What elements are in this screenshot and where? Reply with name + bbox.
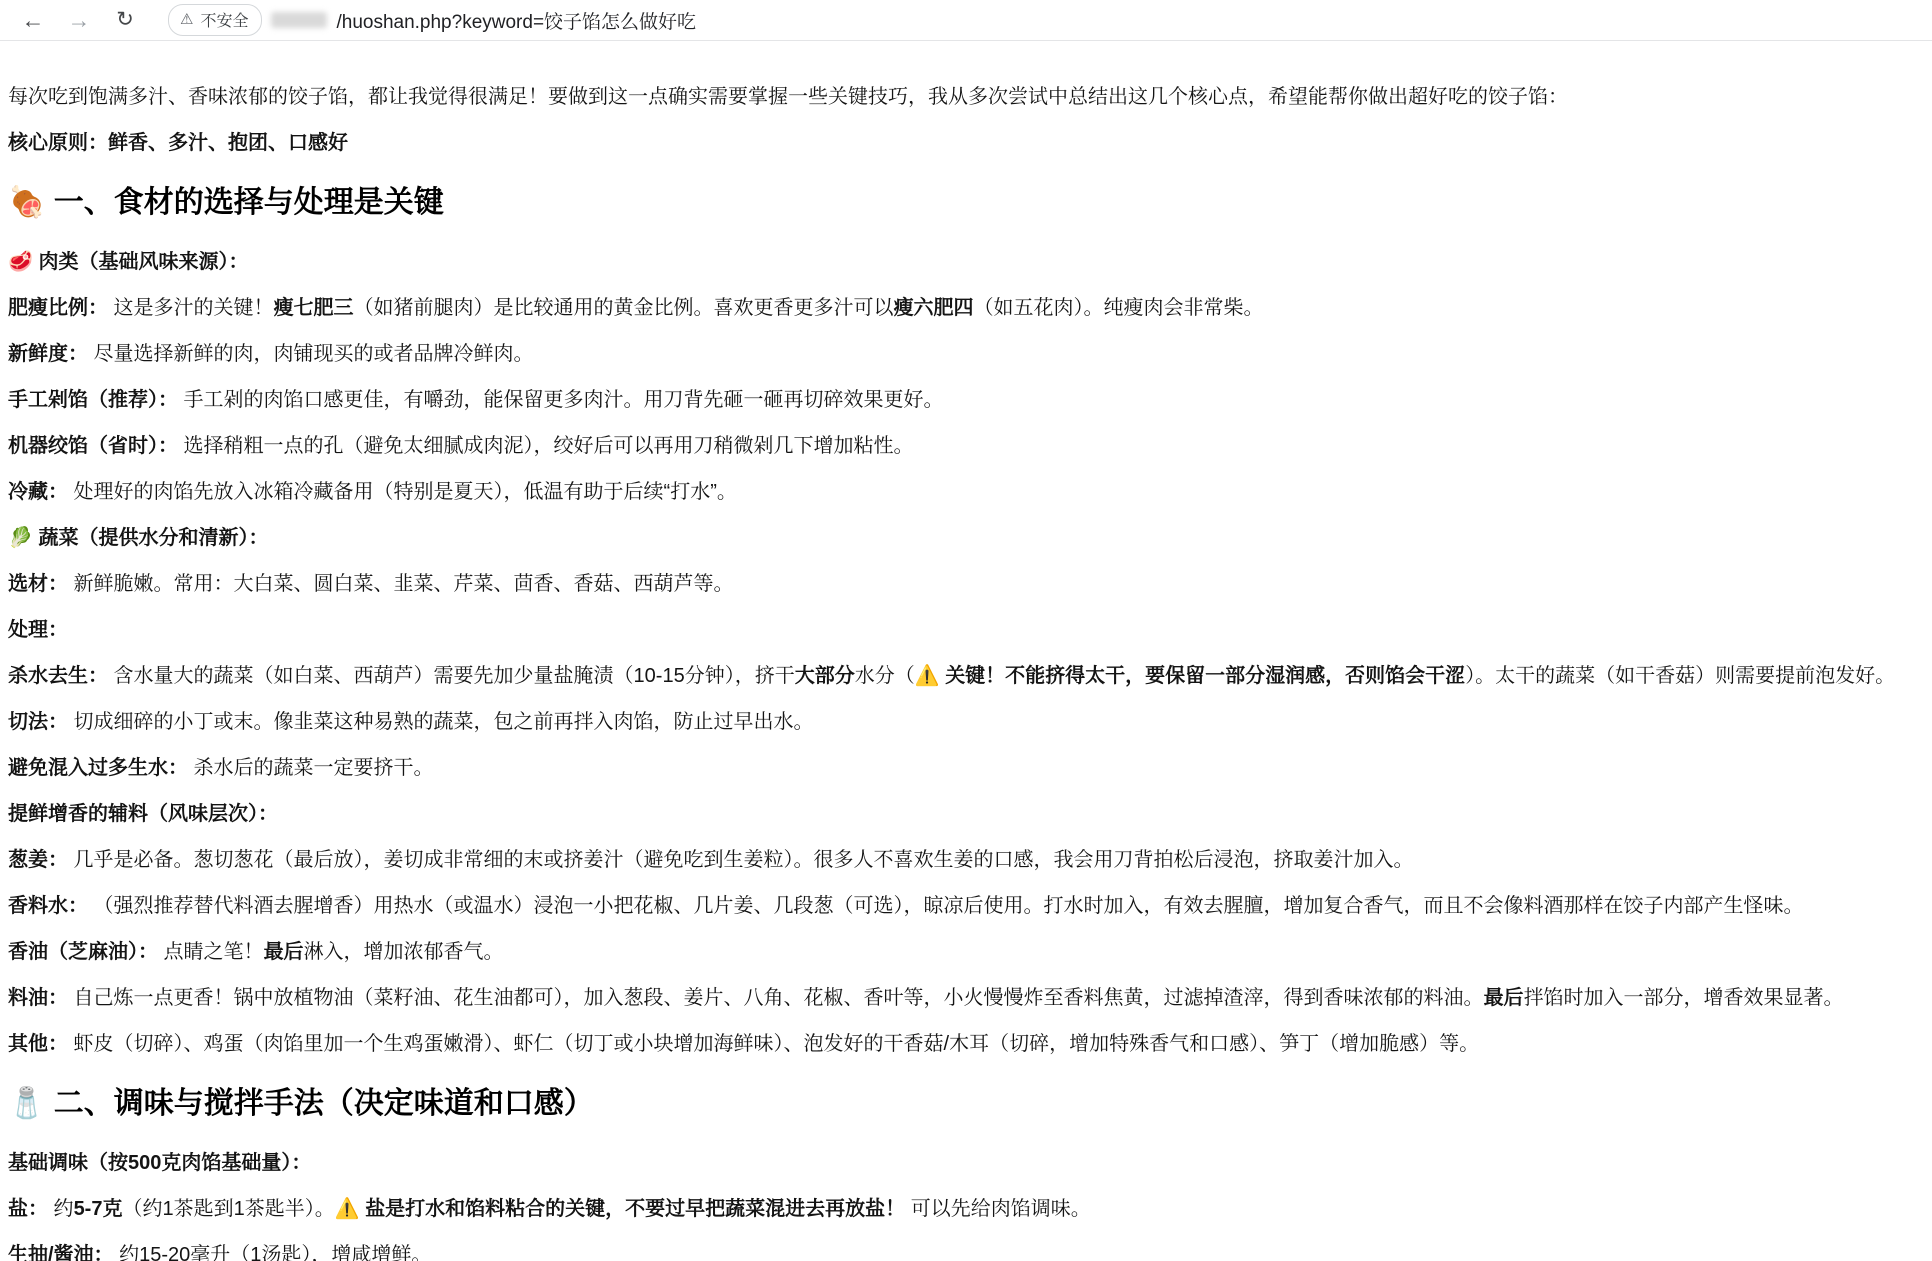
paragraph: 每次吃到饱满多汁、香味浓郁的饺子馅，都让我觉得很满足！要做到这一点确实需要掌握一…	[8, 83, 1924, 111]
paragraph: 选材： 新鲜脆嫩。常用：大白菜、圆白菜、韭菜、芹菜、茴香、香菇、西葫芦等。	[8, 570, 1924, 598]
bold-text-run: 大部分	[795, 665, 855, 687]
bold-text-run: 冷藏：	[8, 481, 68, 503]
bold-text-run: 香油（芝麻油）：	[8, 941, 158, 963]
page-content: 每次吃到饱满多汁、香味浓郁的饺子馅，都让我觉得很满足！要做到这一点确实需要掌握一…	[0, 41, 1932, 1261]
bold-text-run: 瘦七肥三	[274, 297, 354, 319]
text-run: 杀水后的蔬菜一定要挤干。	[188, 757, 434, 779]
warning-icon: ⚠️	[335, 1198, 365, 1220]
url-text: /huoshan.php?keyword=饺子馅怎么做好吃	[336, 7, 696, 34]
text-run: 拌馅时加入一部分，增香效果显著。	[1524, 987, 1844, 1009]
security-label: 不安全	[200, 8, 248, 31]
bold-text-run: 最后	[264, 941, 304, 963]
text-run: （如猪前腿肉）是比较通用的黄金比例。喜欢更香更多汁可以	[354, 297, 894, 319]
refresh-button[interactable]: ↻	[108, 0, 142, 40]
text-run: 可以先给肉馅调味。	[905, 1198, 1091, 1220]
text-run: （约1茶匙到1茶匙半）。	[122, 1198, 334, 1220]
bold-text-run: 核心原则：鲜香、多汁、抱团、口感好	[8, 132, 348, 154]
bold-text-run: 选材：	[8, 573, 68, 595]
text-run: 二、调味与搅拌手法（决定味道和口感）	[54, 1087, 594, 1120]
text-run: 尽量选择新鲜的肉，肉铺现买的或者品牌冷鲜肉。	[88, 343, 534, 365]
paragraph: 切法： 切成细碎的小丁或末。像韭菜这种易熟的蔬菜，包之前再拌入肉馅，防止过早出水…	[8, 708, 1924, 736]
bold-text-run: 手工剁馅（推荐）：	[8, 389, 178, 411]
back-button[interactable]: ←	[16, 0, 50, 40]
paragraph: 提鲜增香的辅料（风味层次）：	[8, 800, 1924, 828]
not-secure-warning-icon: ⚠	[180, 12, 193, 27]
text-run: 含水量大的蔬菜（如白菜、西葫芦）需要先加少量盐腌渍（10-15分钟），挤干	[108, 665, 795, 687]
bold-text-run: 杀水去生：	[8, 665, 108, 687]
text-run: 选择稍粗一点的孔（避免太细腻成肉泥），绞好后可以再用刀稍微剁几下增加粘性。	[178, 435, 914, 457]
redacted-hostname	[271, 12, 327, 28]
bold-text-run: 肥瘦比例：	[8, 297, 108, 319]
paragraph: 其他： 虾皮（切碎）、鸡蛋（肉馅里加一个生鸡蛋嫩滑）、虾仁（切丁或小块增加海鲜味…	[8, 1030, 1924, 1058]
paragraph: 生抽/酱油： 约15-20毫升（1汤匙），增咸增鲜。	[8, 1241, 1924, 1261]
salt-shaker-emoji-icon: 🧂	[8, 1087, 54, 1120]
paragraph: 冷藏： 处理好的肉馅先放入冰箱冷藏备用（特别是夏天），低温有助于后续“打水”。	[8, 478, 1924, 506]
paragraph: 盐： 约5-7克（约1茶匙到1茶匙半）。⚠️ 盐是打水和馅料粘合的关键，不要过早…	[8, 1195, 1924, 1223]
text-run: 水分（	[855, 665, 915, 687]
bold-text-run: 香料水：	[8, 895, 88, 917]
paragraph: 手工剁馅（推荐）： 手工剁的肉馅口感更佳，有嚼劲，能保留更多肉汁。用刀背先砸一砸…	[8, 386, 1924, 414]
text-run: 自己炼一点更香！锅中放植物油（菜籽油、花生油都可），加入葱段、姜片、八角、花椒、…	[68, 987, 1484, 1009]
bold-text-run: 瘦六肥四	[894, 297, 974, 319]
text-run: 点睛之笔！	[158, 941, 264, 963]
text-run: 新鲜脆嫩。常用：大白菜、圆白菜、韭菜、芹菜、茴香、香菇、西葫芦等。	[68, 573, 734, 595]
bold-text-run: 肉类（基础风味来源）：	[38, 251, 248, 273]
text-run: （强烈推荐替代料酒去腥增香）用热水（或温水）浸泡一小把花椒、几片姜、几段葱（可选…	[88, 895, 1804, 917]
paragraph: 🥩 肉类（基础风味来源）：	[8, 248, 1924, 276]
paragraph: 香料水： （强烈推荐替代料酒去腥增香）用热水（或温水）浸泡一小把花椒、几片姜、几…	[8, 892, 1924, 920]
bold-text-run: 最后	[1484, 987, 1524, 1009]
bold-text-run: 避免混入过多生水：	[8, 757, 188, 779]
bold-text-run: 机器绞馅（省时）：	[8, 435, 178, 457]
meat-on-bone-emoji-icon: 🍖	[8, 186, 54, 219]
paragraph: 香油（芝麻油）： 点睛之笔！最后淋入，增加浓郁香气。	[8, 938, 1924, 966]
text-run: 处理好的肉馅先放入冰箱冷藏备用（特别是夏天），低温有助于后续“打水”。	[68, 481, 737, 503]
paragraph: 🥬 蔬菜（提供水分和清新）：	[8, 524, 1924, 552]
paragraph: 肥瘦比例： 这是多汁的关键！瘦七肥三（如猪前腿肉）是比较通用的黄金比例。喜欢更香…	[8, 294, 1924, 322]
text-run: 切成细碎的小丁或末。像韭菜这种易熟的蔬菜，包之前再拌入肉馅，防止过早出水。	[68, 711, 814, 733]
bold-text-run: 其他：	[8, 1033, 68, 1055]
text-run: ）。太干的蔬菜（如干香菇）则需要提前泡发好。	[1465, 665, 1895, 687]
browser-toolbar: ← → ↻ ⚠ 不安全 /huoshan.php?keyword=饺子馅怎么做好…	[0, 0, 1932, 41]
section-heading: 🍖 一、食材的选择与处理是关键	[8, 183, 1924, 222]
bold-text-run: 处理：	[8, 619, 68, 641]
bold-text-run: 盐是打水和馅料粘合的关键，不要过早把蔬菜混进去再放盐！	[365, 1198, 905, 1220]
paragraph: 料油： 自己炼一点更香！锅中放植物油（菜籽油、花生油都可），加入葱段、姜片、八角…	[8, 984, 1924, 1012]
bold-text-run: 生抽/酱油：	[8, 1244, 114, 1261]
leafy-green-emoji-icon: 🥬	[8, 527, 38, 549]
bold-text-run: 料油：	[8, 987, 68, 1009]
text-run: （如五花肉）。纯瘦肉会非常柴。	[974, 297, 1264, 319]
bold-text-run: 5-7克	[74, 1198, 123, 1220]
bold-text-run: 关键！不能挤得太干，要保留一部分湿润感，否则馅会干涩	[945, 665, 1465, 687]
paragraph: 机器绞馅（省时）： 选择稍粗一点的孔（避免太细腻成肉泥），绞好后可以再用刀稍微剁…	[8, 432, 1924, 460]
text-run: 每次吃到饱满多汁、香味浓郁的饺子馅，都让我觉得很满足！要做到这一点确实需要掌握一…	[8, 86, 1568, 108]
address-bar[interactable]: ⚠ 不安全 /huoshan.php?keyword=饺子馅怎么做好吃	[168, 4, 696, 36]
bold-text-run: 基础调味（按500克肉馅基础量）：	[8, 1152, 311, 1174]
bold-text-run: 提鲜增香的辅料（风味层次）：	[8, 803, 278, 825]
text-run: 一、食材的选择与处理是关键	[54, 186, 444, 219]
text-run: 淋入，增加浓郁香气。	[304, 941, 504, 963]
bold-text-run: 葱姜：	[8, 849, 68, 871]
security-chip[interactable]: ⚠ 不安全	[168, 4, 262, 36]
section-heading: 🧂 二、调味与搅拌手法（决定味道和口感）	[8, 1084, 1924, 1123]
text-run: 这是多汁的关键！	[108, 297, 274, 319]
paragraph: 杀水去生： 含水量大的蔬菜（如白菜、西葫芦）需要先加少量盐腌渍（10-15分钟）…	[8, 662, 1924, 690]
paragraph: 避免混入过多生水： 杀水后的蔬菜一定要挤干。	[8, 754, 1924, 782]
paragraph: 新鲜度： 尽量选择新鲜的肉，肉铺现买的或者品牌冷鲜肉。	[8, 340, 1924, 368]
paragraph: 葱姜： 几乎是必备。葱切葱花（最后放），姜切成非常细的末或挤姜汁（避免吃到生姜粒…	[8, 846, 1924, 874]
bold-text-run: 蔬菜（提供水分和清新）：	[38, 527, 268, 549]
bold-text-run: 盐：	[8, 1198, 48, 1220]
paragraph: 处理：	[8, 616, 1924, 644]
cut-of-meat-emoji-icon: 🥩	[8, 251, 38, 273]
forward-button[interactable]: →	[62, 0, 96, 40]
bold-text-run: 新鲜度：	[8, 343, 88, 365]
text-run: 约	[48, 1198, 74, 1220]
paragraph: 基础调味（按500克肉馅基础量）：	[8, 1149, 1924, 1177]
text-run: 虾皮（切碎）、鸡蛋（肉馅里加一个生鸡蛋嫩滑）、虾仁（切丁或小块增加海鲜味）、泡发…	[68, 1033, 1479, 1055]
text-run: 约15-20毫升（1汤匙），增咸增鲜。	[114, 1244, 432, 1261]
bold-text-run: 切法：	[8, 711, 68, 733]
text-run: 手工剁的肉馅口感更佳，有嚼劲，能保留更多肉汁。用刀背先砸一砸再切碎效果更好。	[178, 389, 944, 411]
paragraph: 核心原则：鲜香、多汁、抱团、口感好	[8, 129, 1924, 157]
text-run: 几乎是必备。葱切葱花（最后放），姜切成非常细的末或挤姜汁（避免吃到生姜粒）。很多…	[68, 849, 1414, 871]
warning-icon: ⚠️	[915, 665, 945, 687]
